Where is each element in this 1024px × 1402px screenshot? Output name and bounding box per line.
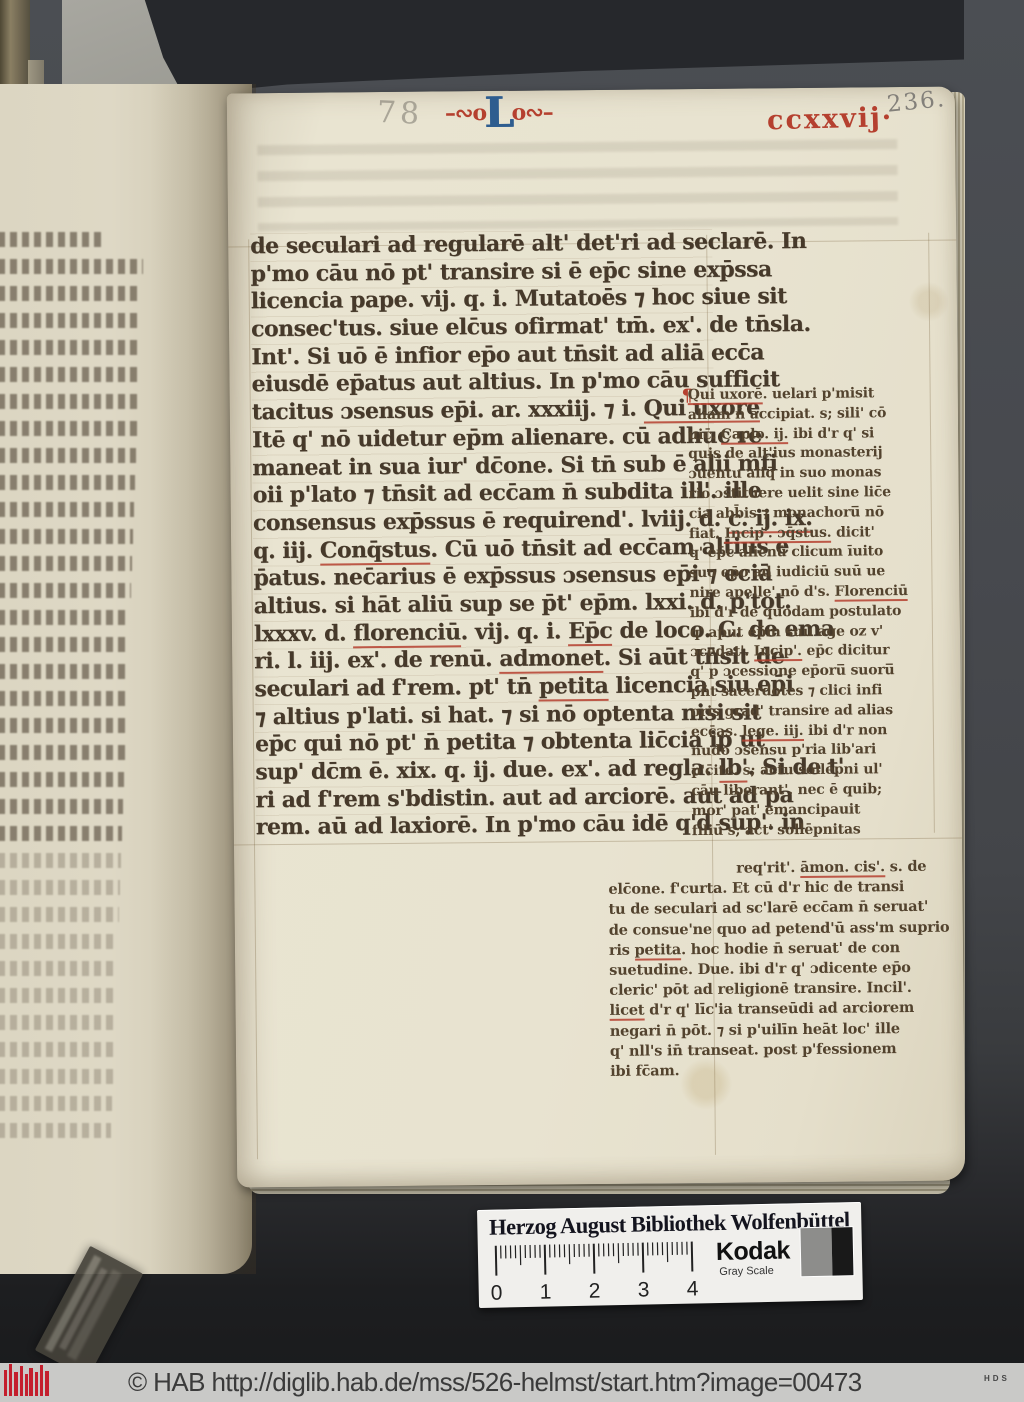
caption-bar: © HAB http://diglib.hab.de/mss/526-helms… bbox=[0, 1363, 1024, 1402]
facing-page-showthrough-text bbox=[0, 232, 148, 1192]
penwork-flourish-left: –∾o bbox=[445, 100, 486, 126]
svg-text:0: 0 bbox=[491, 1282, 503, 1305]
initial-letter: L bbox=[484, 93, 514, 133]
gray-scale-label: Gray Scale bbox=[719, 1265, 774, 1278]
pencil-foliation-old: 78 bbox=[376, 95, 424, 132]
svg-text:1: 1 bbox=[540, 1280, 552, 1303]
rubric-chapter-number: ccxxvij· bbox=[767, 102, 894, 136]
manuscript-photo: 78 –∾o L o∾– ccxxvij· 236. de seculari a… bbox=[0, 0, 1024, 1402]
svg-text:4: 4 bbox=[686, 1277, 698, 1300]
penwork-flourish-right: o∾– bbox=[511, 99, 552, 125]
main-text-block: de seculari ad regularē alt' det'ri ad s… bbox=[250, 229, 718, 843]
marginal-gloss-column: Qui uxorē. uelari p'misitaliam n̄ accipi… bbox=[688, 384, 936, 842]
kodak-brand: Kodak bbox=[716, 1236, 790, 1267]
pencil-folio-number: 236. bbox=[886, 86, 947, 118]
svg-text:3: 3 bbox=[637, 1278, 649, 1301]
lower-gloss-block: req'rit'. āmon. cis'. s. deelc̄one. f'cu… bbox=[608, 857, 950, 1082]
scale-label: Herzog August Bibliothek Wolfenbüttel 01… bbox=[477, 1202, 863, 1308]
gray-black-patch bbox=[799, 1226, 854, 1277]
decorated-initial: –∾o L o∾– bbox=[445, 92, 553, 133]
caption-side-mark: HDS bbox=[984, 1374, 1010, 1383]
manuscript-recto-page: 78 –∾o L o∾– ccxxvij· 236. de seculari a… bbox=[227, 87, 965, 1188]
ink-showthrough bbox=[257, 139, 898, 231]
cm-ruler: 01234 bbox=[488, 1241, 717, 1306]
caption-url: © HAB http://diglib.hab.de/mss/526-helms… bbox=[128, 1367, 862, 1398]
backdrop-shadow bbox=[118, 0, 964, 96]
hab-logo bbox=[2, 1362, 52, 1400]
svg-text:2: 2 bbox=[588, 1279, 600, 1302]
